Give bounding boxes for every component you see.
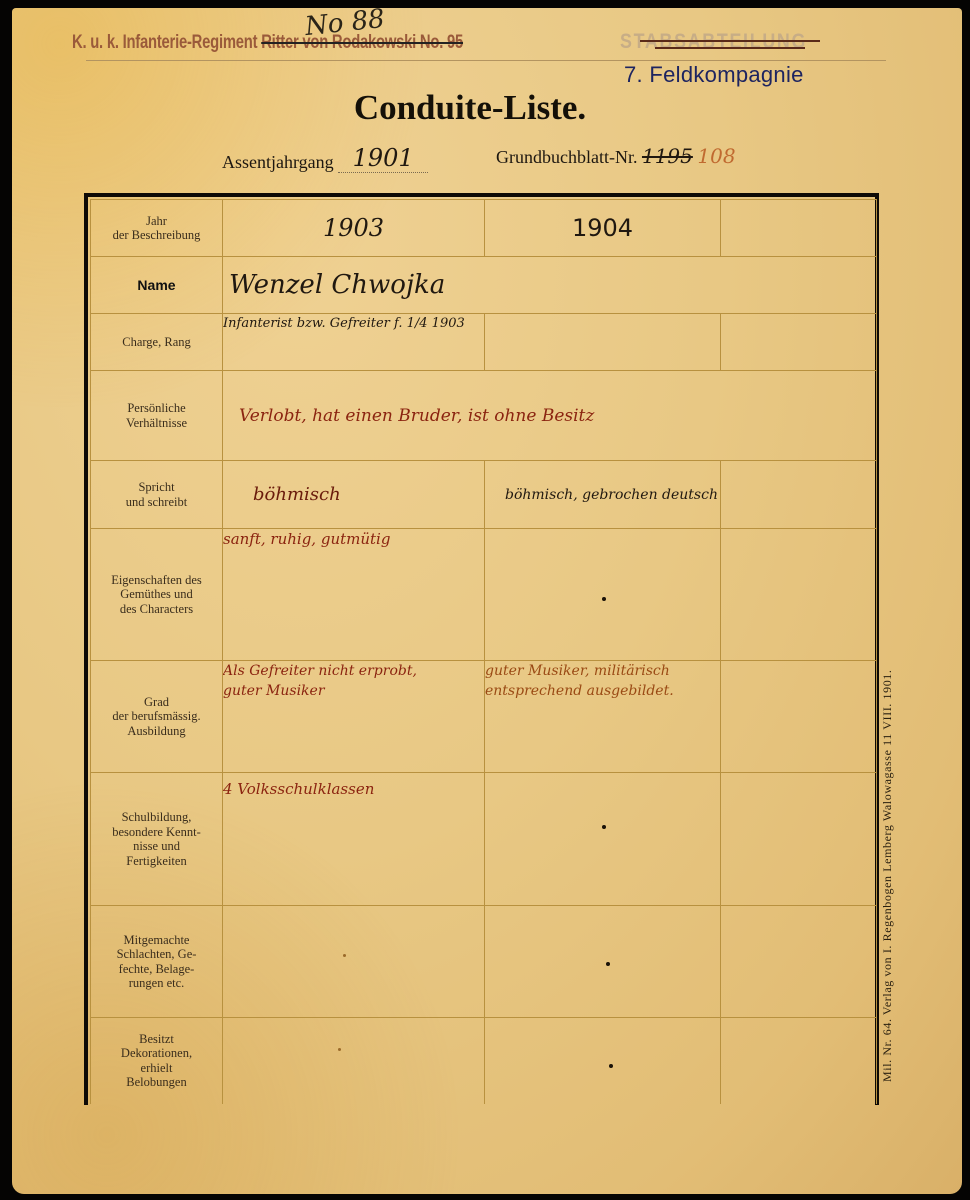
table-row-jahr: Jahrder Beschreibung 1903 1904: [91, 200, 877, 257]
row-label: Sprichtund schreibt: [91, 461, 223, 529]
persoenliche-value: Verlobt, hat einen Bruder, ist ohne Besi…: [223, 371, 877, 461]
spricht-1903: böhmisch: [223, 461, 485, 529]
assentjahrgang-value: 1901: [353, 144, 414, 172]
table-row-eigenschaften: Eigenschaften desGemüthes unddes Charact…: [91, 529, 877, 661]
conduct-table: Jahrder Beschreibung 1903 1904 Name Wenz…: [90, 199, 877, 1104]
year-1903: 1903: [223, 200, 485, 257]
stamp-company: 7. Feldkompagnie: [624, 62, 804, 88]
eigenschaften-1903: sanft, ruhig, gutmütig: [223, 529, 485, 661]
stamp-struck-stabsabteilung: STABSABTEILUNG: [620, 30, 807, 54]
eigenschaften-1904: [485, 529, 721, 661]
header-rule: [86, 60, 886, 61]
grad-1904: guter Musiker, militärisch entsprechend …: [485, 661, 721, 773]
table-row-besitzt: BesitztDekorationen,erhieltBelobungen: [91, 1018, 877, 1104]
table-row-persoenliche: PersönlicheVerhältnisse Verlobt, hat ein…: [91, 371, 877, 461]
stamp-strike-line: [655, 47, 805, 49]
table-row-spricht: Sprichtund schreibt böhmisch böhmisch, g…: [91, 461, 877, 529]
name-value: Wenzel Chwojka: [223, 257, 877, 314]
table-row-charge: Charge, Rang Infanterist bzw. Gefreiter …: [91, 314, 877, 371]
stamp-strike-line: [640, 40, 820, 42]
year-1904: 1904: [485, 200, 721, 257]
grundbuchblatt-field: Grundbuchblatt-Nr. 1195 108: [496, 144, 736, 168]
row-label: PersönlicheVerhältnisse: [91, 371, 223, 461]
row-label: Schulbildung,besondere Kennt-nisse undFe…: [91, 773, 223, 906]
table-row-name: Name Wenzel Chwojka: [91, 257, 877, 314]
table-row-mitgemachte: MitgemachteSchlachten, Ge-fechte, Belage…: [91, 906, 877, 1018]
regiment-header: K. u. k. Infanterie-Regiment Ritter von …: [72, 32, 463, 54]
printer-imprint: Mil. Nr. 64. Verlag von I. Regenbogen Le…: [880, 670, 895, 1083]
row-label: BesitztDekorationen,erhieltBelobungen: [91, 1018, 223, 1104]
row-label: Jahrder Beschreibung: [91, 200, 223, 257]
spricht-1904: böhmisch, gebrochen deutsch: [485, 461, 721, 529]
schulbildung-1904: [485, 773, 721, 906]
regiment-printed: K. u. k. Infanterie-Regiment: [72, 32, 257, 53]
row-label: Eigenschaften desGemüthes unddes Charact…: [91, 529, 223, 661]
assentjahrgang-field: Assentjahrgang 1901: [222, 144, 428, 173]
grundbuchblatt-struck: 1195: [642, 144, 693, 168]
charge-1903: Infanterist bzw. Gefreiter f. 1/4 1903: [223, 314, 485, 371]
row-label: Charge, Rang: [91, 314, 223, 371]
year-col3: [721, 200, 877, 257]
row-label: Name: [91, 257, 223, 314]
row-label: Gradder berufsmässig.Ausbildung: [91, 661, 223, 773]
grad-1903: Als Gefreiter nicht erprobt, guter Musik…: [223, 661, 485, 773]
table-row-grad: Gradder berufsmässig.Ausbildung Als Gefr…: [91, 661, 877, 773]
grundbuchblatt-value: 108: [697, 144, 735, 168]
schulbildung-1903: 4 Volksschulklassen: [223, 773, 485, 906]
page-title: Conduite-Liste.: [0, 88, 970, 128]
row-label: MitgemachteSchlachten, Ge-fechte, Belage…: [91, 906, 223, 1018]
table-row-schulbildung: Schulbildung,besondere Kennt-nisse undFe…: [91, 773, 877, 906]
